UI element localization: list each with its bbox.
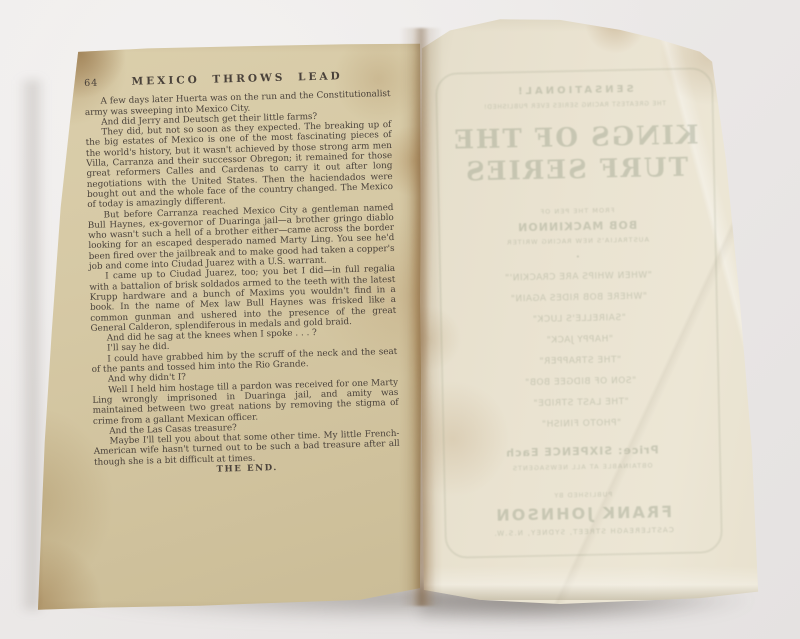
bleed-separator-dot: • — [441, 250, 715, 264]
bleed-publisher: FRANK JOHNSON — [446, 501, 720, 526]
page-header: 64 MEXICO THROWS LEAD — [84, 70, 390, 89]
bleed-title: "PHOTO FINISH" — [444, 411, 718, 438]
bleed-banner: SENSATIONAL! — [437, 82, 711, 99]
bleed-publisher-address: CASTLEREAGH STREET, SYDNEY, N.S.W. — [447, 525, 721, 539]
book-photograph: 64 MEXICO THROWS LEAD A few days later H… — [0, 0, 800, 639]
page-number: 64 — [84, 79, 98, 90]
left-page-text: 64 MEXICO THROWS LEAD A few days later H… — [84, 70, 400, 478]
bleed-author-tagline: AUSTRALIA'S NEW RACING WRITER — [440, 234, 714, 248]
bleed-price-line: Price: SIXPENCE Each — [445, 442, 719, 461]
left-page: 64 MEXICO THROWS LEAD A few days later H… — [28, 32, 426, 618]
body-paragraph: But before Carranza reached Mexico City … — [87, 203, 395, 273]
bleed-availability-line: OBTAINABLE AT ALL NEWSAGENTS — [445, 460, 719, 474]
bleed-title-list: "WHEN WHIPS ARE CRACKIN'" "WHERE BOB RID… — [441, 264, 718, 438]
right-page: SENSATIONAL! THE GREATEST RACING SERIES … — [418, 14, 764, 604]
body-paragraph: I came up to Ciudad Juarez, too; you bet… — [89, 264, 397, 334]
bleed-subbanner: THE GREATEST RACING SERIES EVER PUBLISHE… — [438, 99, 712, 112]
bleed-publisher-intro: PUBLISHED BY — [446, 488, 720, 502]
bleed-series-title-line2: TURF SERIES — [439, 152, 714, 188]
running-title: MEXICO THROWS LEAD — [98, 70, 390, 88]
bleed-byline-intro: FROM THE PEN OF — [440, 204, 714, 218]
bleed-author: BOB MACKINNON — [440, 217, 714, 236]
body-paragraph: They did, but not so soon as they expect… — [85, 120, 393, 210]
bleed-series-title-line1: KINGS OF THE — [438, 120, 713, 156]
cast-shadow-left — [18, 80, 44, 610]
bleed-through-advertisement: SENSATIONAL! THE GREATEST RACING SERIES … — [435, 67, 723, 559]
